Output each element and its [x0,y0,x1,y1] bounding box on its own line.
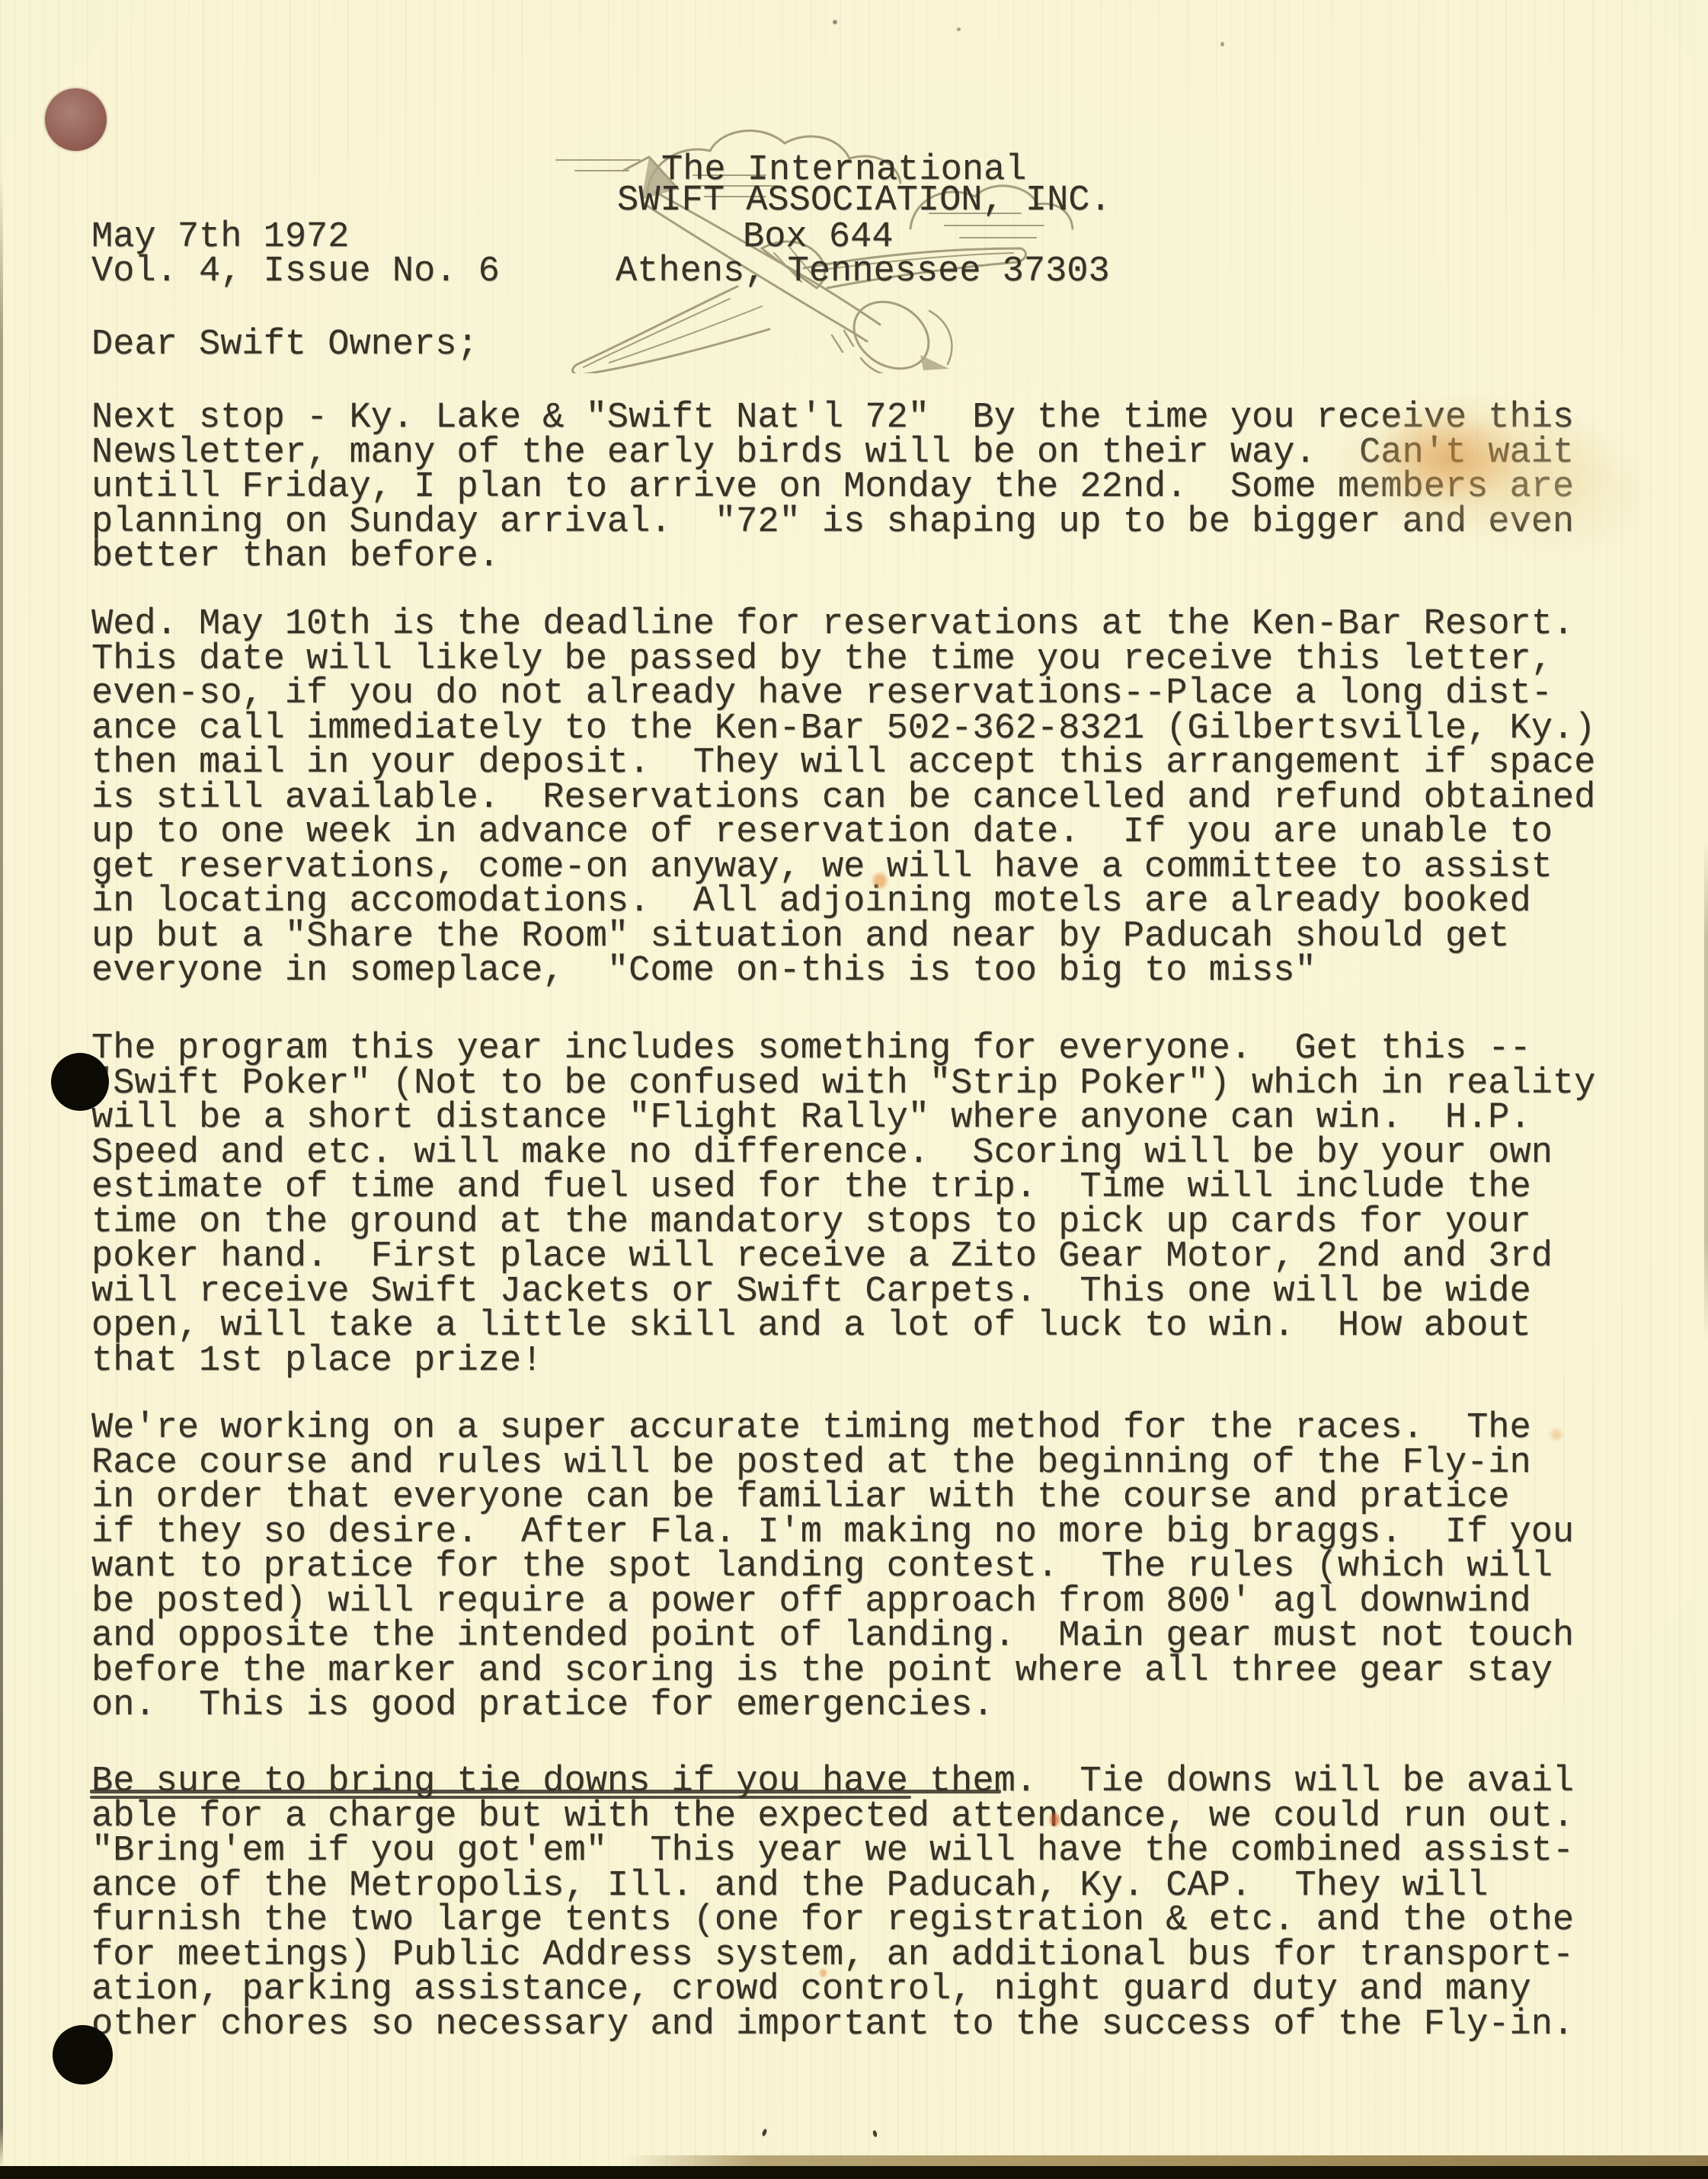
paper-speck [761,2128,767,2136]
letter-paragraph-4: We're working on a super accurate timing… [91,1411,1574,1723]
paper-speck [1220,42,1224,46]
date-line: May 7th 1972 [91,220,349,255]
letter-paragraph-2: Wed. May 10th is the deadline for reserv… [91,607,1595,989]
scan-edge-black-band [0,2166,1708,2179]
letter-paragraph-3: The program this year includes something… [91,1032,1595,1378]
salutation: Dear Swift Owners; [91,328,478,363]
hand-underline-top [90,1790,1001,1793]
paper-speck [957,27,961,31]
scan-edge-shadow-right [1704,838,1708,1341]
org-address-box: Box 644 [743,220,893,255]
org-name-line-2: SWIFT ASSOCIATION, INC. [617,184,1111,219]
hole-punch-mark-bottom [53,2025,113,2085]
hole-punch-mark-top [51,1053,109,1111]
scanned-letter-page: The International SWIFT ASSOCIATION, INC… [0,0,1708,2179]
paper-speck [872,2130,878,2138]
scan-edge-shadow-left [0,175,3,2167]
paper-speck [833,20,837,24]
brass-fastener-dot [45,88,107,151]
issue-line: Vol. 4, Issue No. 6 [91,254,500,290]
letter-paragraph-1: Next stop - Ky. Lake & "Swift Nat'l 72" … [91,401,1574,574]
org-address-city: Athens, Tennessee 37303 [616,254,1110,290]
hand-underline-bottom [90,1796,911,1799]
letter-paragraph-5: Be sure to bring tie downs if you have t… [91,1765,1574,2042]
